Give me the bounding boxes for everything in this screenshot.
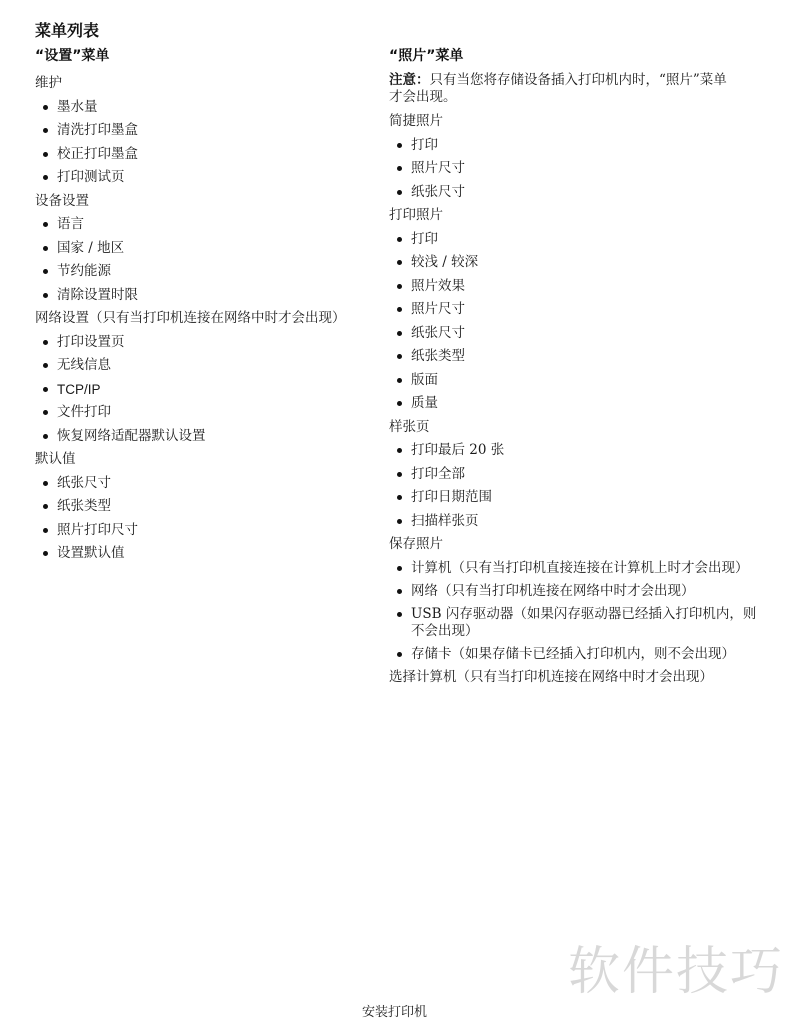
section-print-photos-title: 打印照片 bbox=[389, 204, 769, 228]
list-item: 网络（只有当打印机连接在网络中时才会出现） bbox=[389, 580, 769, 604]
list-item: 照片效果 bbox=[389, 275, 769, 299]
list-item: USB 闪存驱动器（如果闪存驱动器已经插入打印机内，则不会出现） bbox=[389, 603, 761, 643]
section-defaults-title: 默认值 bbox=[35, 448, 385, 472]
settings-menu-heading: “设置”菜单 bbox=[35, 46, 385, 66]
photo-menu-column: “照片”菜单 注意：只有当您将存储设备插入打印机内时，“照片”菜单才会出现。 简… bbox=[389, 46, 769, 690]
watermark: 软件技巧 bbox=[568, 942, 784, 1002]
section-maintenance-list: 墨水量 清洗打印墨盒 校正打印墨盒 打印测试页 bbox=[35, 96, 385, 190]
list-item: 恢复网络适配器默认设置 bbox=[35, 425, 385, 449]
section-proof-sheet-title: 样张页 bbox=[389, 416, 769, 440]
select-computer-item: 选择计算机（只有当打印机连接在网络中时才会出现） bbox=[389, 666, 769, 690]
list-item: 照片打印尺寸 bbox=[35, 519, 385, 543]
list-item: 校正打印墨盒 bbox=[35, 143, 385, 167]
section-save-photos-title: 保存照片 bbox=[389, 533, 769, 557]
list-item: 打印最后 20 张 bbox=[389, 439, 769, 463]
list-item: 清洗打印墨盒 bbox=[35, 119, 385, 143]
photo-menu-heading: “照片”菜单 bbox=[389, 46, 769, 66]
list-item: 打印 bbox=[389, 228, 769, 252]
note-label: 注意： bbox=[389, 72, 430, 88]
section-maintenance-title: 维护 bbox=[35, 72, 385, 96]
photo-menu-note: 注意：只有当您将存储设备插入打印机内时，“照片”菜单才会出现。 bbox=[389, 72, 739, 106]
list-item: 纸张类型 bbox=[389, 345, 769, 369]
list-item: 打印设置页 bbox=[35, 331, 385, 355]
list-item: 纸张尺寸 bbox=[389, 322, 769, 346]
list-item: 清除设置时限 bbox=[35, 284, 385, 308]
list-item: 语言 bbox=[35, 213, 385, 237]
list-item: 纸张尺寸 bbox=[35, 472, 385, 496]
list-item: 扫描样张页 bbox=[389, 510, 769, 534]
list-item: 墨水量 bbox=[35, 96, 385, 120]
list-item: TCP/IP bbox=[35, 378, 385, 402]
footer-section-name: 安装打印机 bbox=[362, 1004, 427, 1022]
list-item: 设置默认值 bbox=[35, 542, 385, 566]
list-item: 纸张尺寸 bbox=[389, 181, 769, 205]
list-item: 文件打印 bbox=[35, 401, 385, 425]
page-title: 菜单列表 bbox=[35, 21, 99, 41]
section-device-settings-list: 语言 国家 / 地区 节约能源 清除设置时限 bbox=[35, 213, 385, 307]
section-network-settings-list: 打印设置页 无线信息 TCP/IP 文件打印 恢复网络适配器默认设置 bbox=[35, 331, 385, 449]
list-item: 照片尺寸 bbox=[389, 157, 769, 181]
section-save-photos-list: 计算机（只有当打印机直接连接在计算机上时才会出现） 网络（只有当打印机连接在网络… bbox=[389, 557, 769, 667]
section-quick-photo-title: 简捷照片 bbox=[389, 110, 769, 134]
list-item: 计算机（只有当打印机直接连接在计算机上时才会出现） bbox=[389, 557, 761, 580]
list-item: 打印 bbox=[389, 134, 769, 158]
list-item: 国家 / 地区 bbox=[35, 237, 385, 261]
list-item: 打印测试页 bbox=[35, 166, 385, 190]
section-print-photos-list: 打印 较浅 / 较深 照片效果 照片尺寸 纸张尺寸 纸张类型 版面 质量 bbox=[389, 228, 769, 416]
section-proof-sheet-list: 打印最后 20 张 打印全部 打印日期范围 扫描样张页 bbox=[389, 439, 769, 533]
note-text: 只有当您将存储设备插入打印机内时，“照片”菜单才会出现。 bbox=[389, 72, 727, 105]
list-item: 无线信息 bbox=[35, 354, 385, 378]
list-item: 版面 bbox=[389, 369, 769, 393]
section-defaults-list: 纸张尺寸 纸张类型 照片打印尺寸 设置默认值 bbox=[35, 472, 385, 566]
list-item: 较浅 / 较深 bbox=[389, 251, 769, 275]
section-device-settings-title: 设备设置 bbox=[35, 190, 385, 214]
list-item: 节约能源 bbox=[35, 260, 385, 284]
list-item: 存储卡（如果存储卡已经插入打印机内，则不会出现） bbox=[389, 643, 761, 666]
list-item: 照片尺寸 bbox=[389, 298, 769, 322]
section-quick-photo-list: 打印 照片尺寸 纸张尺寸 bbox=[389, 134, 769, 205]
list-item: 纸张类型 bbox=[35, 495, 385, 519]
settings-menu-column: “设置”菜单 维护 墨水量 清洗打印墨盒 校正打印墨盒 打印测试页 设备设置 语… bbox=[35, 46, 385, 566]
list-item: 质量 bbox=[389, 392, 769, 416]
section-network-settings-title: 网络设置（只有当打印机连接在网络中时才会出现） bbox=[35, 307, 385, 331]
list-item: 打印日期范围 bbox=[389, 486, 769, 510]
list-item: 打印全部 bbox=[389, 463, 769, 487]
